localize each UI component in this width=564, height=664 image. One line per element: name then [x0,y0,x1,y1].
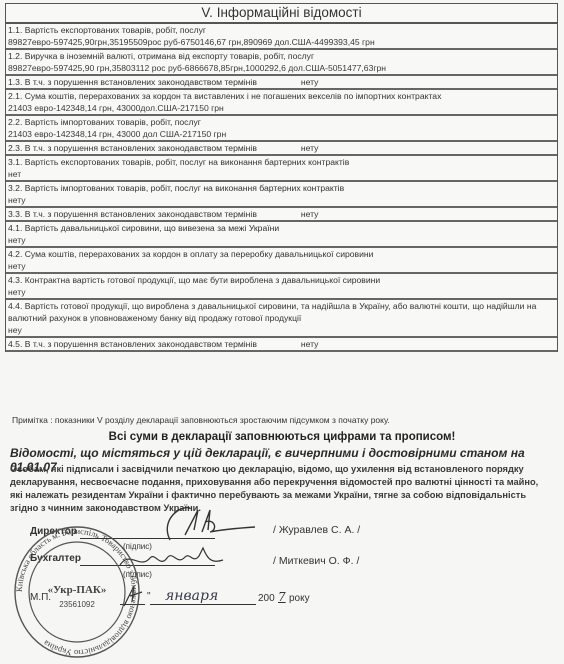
row-label: 4.1. Вартість давальницької сировини, що… [8,222,557,234]
table-row: 3.2. Вартість імпортованих товарів, робі… [6,182,557,208]
row-label: 3.1. Вартість експортованих товарів, роб… [8,156,557,168]
row-label: 1.2. Виручка в іноземній валюті, отриман… [8,50,557,62]
row-value: 89827евро-597425,90 грн,35803112 рос руб… [8,62,557,74]
row-label: 1.3. В т.ч. з порушення встановлених зак… [8,76,557,88]
row-value: 21403 евро-142348,14 грн, 43000 дол США-… [8,128,557,140]
row-label: 4.4. Вартість готової продукції, що виро… [8,300,557,312]
warning-text: Всі суми в декларації заповнюються цифра… [0,431,564,443]
row-label-text: 4.5. В т.ч. з порушення встановлених зак… [8,339,257,349]
row-value: нет [8,168,557,180]
table-row: 4.2. Сума коштів, перерахованих за кордо… [6,248,557,274]
row-label: 3.2. Вартість імпортованих товарів, робі… [8,182,557,194]
date-month-handwritten: января [165,588,218,604]
accountant-name: / Миткевич О. Ф. / [273,555,359,567]
table-row: 2.2. Вартість імпортованих товарів, робі… [6,116,557,142]
table-row: 4.5. В т.ч. з порушення встановлених зак… [6,338,557,352]
row-label: 4.5. В т.ч. з порушення встановлених зак… [8,338,557,350]
row-value: нету [8,194,557,206]
date-month-line [150,604,256,605]
liability-paragraph: Особам, які підписали і засвідчили печат… [10,463,550,515]
row-label: 3.3. В т.ч. з порушення встановлених зак… [8,208,557,220]
date-year-prefix: 200 [258,593,275,604]
row-value: нету [301,209,319,219]
footnote: Примітка : показники V розділу деклараці… [12,415,390,425]
director-signature-scribble [150,500,260,545]
table-row: 3.3. В т.ч. з порушення встановлених зак… [6,208,557,222]
row-label-text: 2.3. В т.ч. з порушення встановлених зак… [8,143,257,153]
row-label: 1.1. Вартість експортованих товарів, роб… [8,24,557,36]
table-row: 4.1. Вартість давальницької сировини, що… [6,222,557,248]
row-value: нету [301,143,319,153]
table-row: 4.3. Контрактна вартість готової продукц… [6,274,557,300]
row-value: нету [301,339,319,349]
director-name: / Журавлев С. А. / [273,524,360,536]
information-table: V. Інформаційні відомості 1.1. Вартість … [5,3,558,352]
row-value: нету [301,77,319,87]
row-label-text: 3.3. В т.ч. з порушення встановлених зак… [8,209,257,219]
table-row: 2.3. В т.ч. з порушення встановлених зак… [6,142,557,156]
row-label-text: 1.3. В т.ч. з порушення встановлених зак… [8,77,257,87]
table-row: 4.4. Вартість готової продукції, що виро… [6,300,557,338]
row-value: нету [8,286,557,298]
table-row: 1.1. Вартість експортованих товарів, роб… [6,24,557,50]
date-year-digit: 7 [278,590,286,604]
row-value: нету [8,260,557,272]
row-value: нey [8,324,557,336]
section-title: V. Інформаційні відомості [6,4,557,24]
table-row: 1.3. В т.ч. з порушення встановлених зак… [6,76,557,90]
table-rows: 1.1. Вартість експортованих товарів, роб… [6,24,557,352]
row-value: 89827евро-597425,90грн,35195509рос руб-6… [8,36,557,48]
table-row: 1.2. Виручка в іноземній валюті, отриман… [6,50,557,76]
row-label: 2.1. Сума коштів, перерахованих за кордо… [8,90,557,102]
row-label: 2.3. В т.ч. з порушення встановлених зак… [8,142,557,154]
row-label: 4.2. Сума коштів, перерахованих за кордо… [8,248,557,260]
table-row: 2.1. Сума коштів, перерахованих за кордо… [6,90,557,116]
row-label: 4.3. Контрактна вартість готової продукц… [8,274,557,286]
row-label-continued: валютний рахунок в уповноваженому банку … [8,312,557,324]
row-value: 21403 евро-142348,14 грн, 43000дол.США-2… [8,102,557,114]
stamp-company-code: 23561092 [59,600,95,609]
row-label: 2.2. Вартість імпортованих товарів, робі… [8,116,557,128]
stamp-company-name: «Укр-ПАК» [48,584,107,596]
company-seal-stamp: Київська область м. Бориспіль Товариство… [12,525,142,660]
date-suffix: року [289,593,310,604]
table-row: 3.1. Вартість експортованих товарів, роб… [6,156,557,182]
row-value: нету [8,234,557,246]
